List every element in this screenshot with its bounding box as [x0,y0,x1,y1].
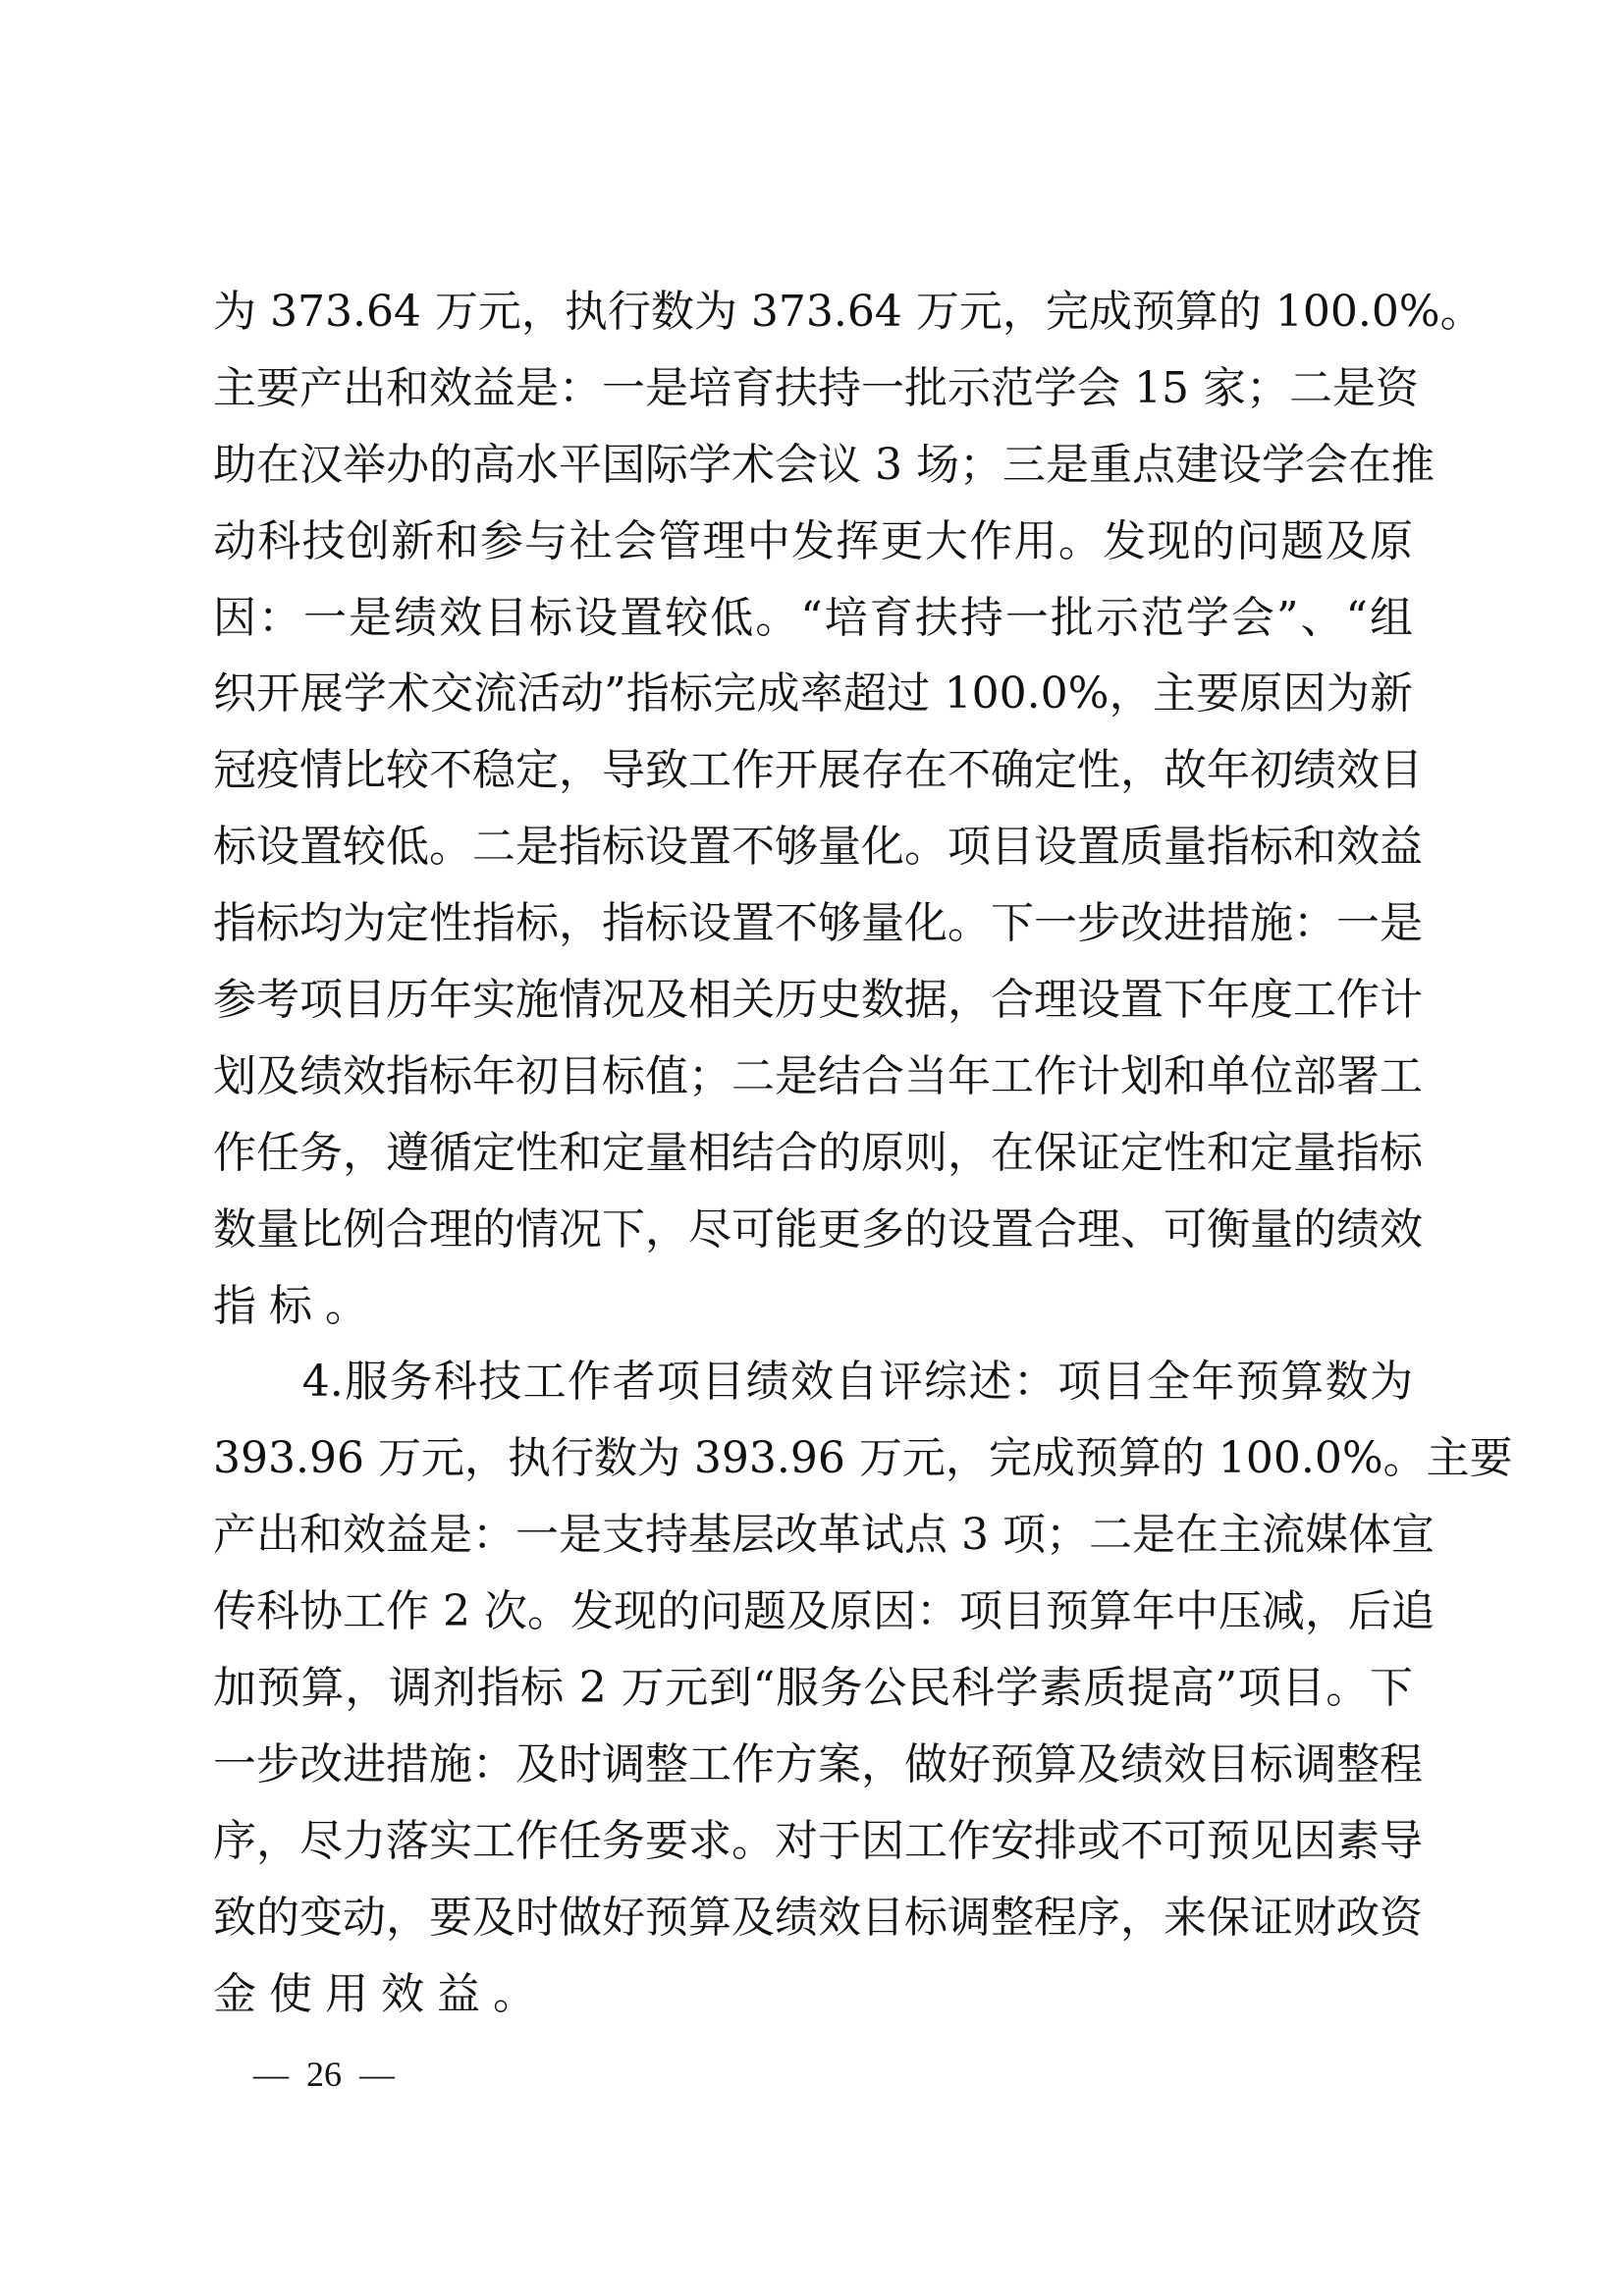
text-line: 加预算，调剂指标 2 万元到“服务公民科学素质提高”项目。下 [213,1650,1413,1727]
text-line: 为 373.64 万元，执行数为 373.64 万元，完成预算的 100.0%。 [213,274,1413,350]
text-line: 因：一是绩效目标设置较低。“培育扶持一批示范学会”、“组 [213,580,1413,657]
text-line: 数量比例合理的情况下，尽可能更多的设置合理、可衡量的绩效 [213,1192,1413,1268]
text-line: 传科协工作 2 次。发现的问题及原因：项目预算年中压减，后追 [213,1574,1413,1650]
text-line: 助在汉举办的高水平国际学术会议 3 场；三是重点建设学会在推 [213,427,1413,504]
text-line: 产出和效益是：一是支持基层改革试点 3 项；二是在主流媒体宣 [213,1497,1413,1574]
text-line: 织开展学术交流活动”指标完成率超过 100.0%，主要原因为新 [213,656,1413,732]
text-line: 一步改进措施：及时调整工作方案，做好预算及绩效目标调整程 [213,1727,1413,1803]
text-line: 冠疫情比较不稳定，导致工作开展存在不确定性，故年初绩效目 [213,732,1413,809]
body-text: 为 373.64 万元，执行数为 373.64 万元，完成预算的 100.0%。… [213,274,1413,2032]
text-line: 标设置较低。二是指标设置不够量化。项目设置质量指标和效益 [213,809,1413,885]
text-line: 4.服务科技工作者项目绩效自评综述：项目全年预算数为 [213,1344,1413,1420]
text-line: 指标。 [213,1268,1413,1345]
text-line: 致的变动，要及时做好预算及绩效目标调整程序，来保证财政资 [213,1880,1413,1956]
text-line: 指标均为定性指标，指标设置不够量化。下一步改进措施：一是 [213,885,1413,962]
text-line: 划及绩效指标年初目标值；二是结合当年工作计划和单位部署工 [213,1039,1413,1115]
text-line: 序，尽力落实工作任务要求。对于因工作安排或不可预见因素导 [213,1803,1413,1880]
page-number: — 26 — [253,2050,395,2099]
text-line: 作任务，遵循定性和定量相结合的原则，在保证定性和定量指标 [213,1115,1413,1192]
text-line: 393.96 万元，执行数为 393.96 万元，完成预算的 100.0%。主要 [213,1420,1413,1497]
document-page: 为 373.64 万元，执行数为 373.64 万元，完成预算的 100.0%。… [0,0,1624,2296]
text-line: 金使用效益。 [213,1956,1413,2033]
text-line: 参考项目历年实施情况及相关历史数据，合理设置下年度工作计 [213,962,1413,1039]
text-line: 主要产出和效益是：一是培育扶持一批示范学会 15 家；二是资 [213,350,1413,427]
text-line: 动科技创新和参与社会管理中发挥更大作用。发现的问题及原 [213,504,1413,580]
